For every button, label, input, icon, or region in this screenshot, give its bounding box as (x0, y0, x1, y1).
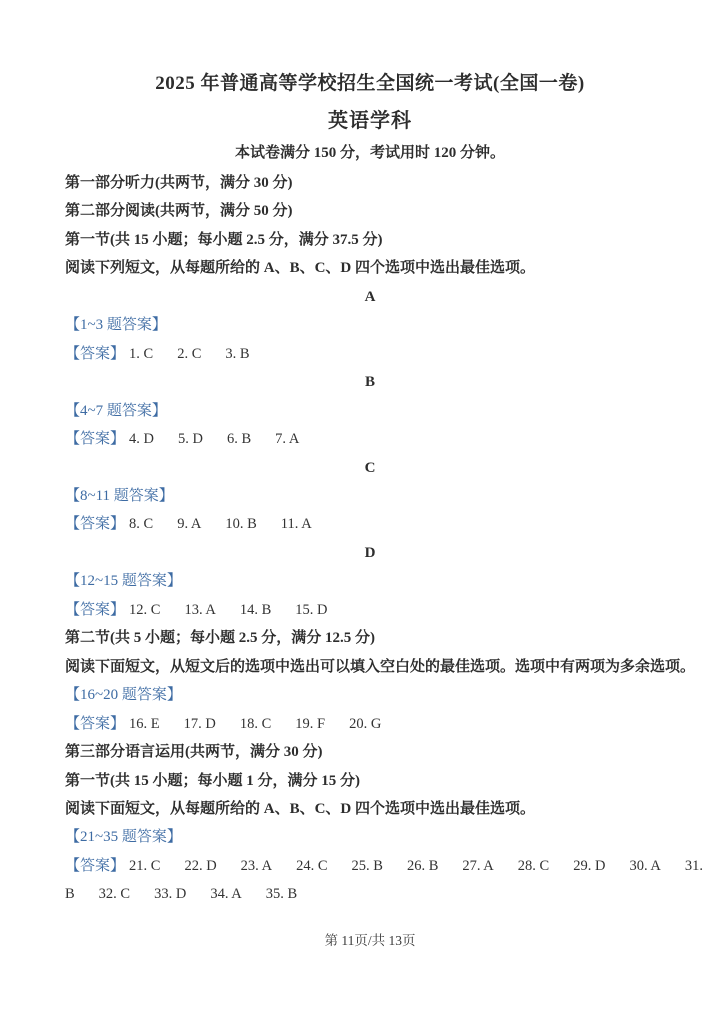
answer-items: 21. C22. D23. A24. C25. B26. B27. A28. C… (129, 858, 703, 874)
answer-item: 11. A (281, 516, 312, 532)
answer-label: 【答案】 (65, 346, 125, 362)
answer-item: 3. B (225, 346, 249, 362)
answer-item: 13. A (184, 602, 215, 618)
answer-items: 1. C2. C3. B (129, 346, 250, 362)
answer-item: 34. A (210, 886, 241, 902)
answer-item: 29. D (573, 858, 605, 874)
answer-item: 25. B (352, 858, 383, 874)
answer-row-16-20: 【答案】16. E17. D18. C19. F20. G (65, 710, 675, 738)
answer-item: 32. C (99, 886, 130, 902)
answer-item: 4. D (129, 431, 154, 447)
answer-header-8-11: 【8~11 题答案】 (65, 482, 675, 510)
answer-label: 【答案】 (65, 716, 125, 732)
section-part2-reading: 第二部分阅读(共两节，满分 50 分) (65, 197, 675, 225)
answer-row-4-7: 【答案】4. D5. D6. B7. A (65, 425, 675, 453)
section-part2-section1: 第一节(共 15 小题；每小题 2.5 分，满分 37.5 分) (65, 226, 675, 254)
answer-header-21-35: 【21~35 题答案】 (65, 823, 675, 851)
passage-label-c: C (65, 454, 675, 482)
section-part1-listening: 第一部分听力(共两节，满分 30 分) (65, 169, 675, 197)
exam-title: 2025 年普通高等学校招生全国统一考试(全国一卷) (65, 70, 675, 98)
exam-info: 本试卷满分 150 分，考试用时 120 分钟。 (65, 139, 675, 167)
answer-label: 【答案】 (65, 858, 125, 874)
answer-item: 18. C (240, 716, 271, 732)
answer-item: 10. B (225, 516, 256, 532)
answer-item: 35. B (266, 886, 297, 902)
answer-label: 【答案】 (65, 602, 125, 618)
answer-item: 23. A (241, 858, 272, 874)
passage-label-b: B (65, 368, 675, 396)
answer-item: B (65, 886, 75, 902)
answer-item: 24. C (296, 858, 327, 874)
answer-header-16-20: 【16~20 题答案】 (65, 681, 675, 709)
answer-row-12-15: 【答案】12. C13. A14. B15. D (65, 596, 675, 624)
answer-header-1-3: 【1~3 题答案】 (65, 311, 675, 339)
answer-item: 26. B (407, 858, 438, 874)
answer-item: 20. G (349, 716, 381, 732)
page-number-footer: 第 11页/共 13页 (65, 927, 675, 955)
answer-items: B32. C33. D34. A35. B (65, 886, 297, 902)
section-part2-section2: 第二节(共 5 小题；每小题 2.5 分，满分 12.5 分) (65, 624, 675, 652)
passage-label-d: D (65, 539, 675, 567)
answer-row-1-3: 【答案】1. C2. C3. B (65, 340, 675, 368)
answer-item: 21. C (129, 858, 160, 874)
answer-item: 30. A (629, 858, 660, 874)
passage-label-a: A (65, 283, 675, 311)
exam-subject: 英语学科 (65, 107, 675, 135)
answer-item: 15. D (295, 602, 327, 618)
answer-items: 16. E17. D18. C19. F20. G (129, 716, 381, 732)
answer-item: 9. A (177, 516, 201, 532)
answer-item: 7. A (275, 431, 299, 447)
section-part2-section2-instruction: 阅读下面短文，从短文后的选项中选出可以填入空白处的最佳选项。选项中有两项为多余选… (65, 653, 675, 681)
answer-item: 2. C (177, 346, 201, 362)
answer-header-12-15: 【12~15 题答案】 (65, 567, 675, 595)
answer-row-21-35-line1: 【答案】21. C22. D23. A24. C25. B26. B27. A2… (65, 852, 675, 880)
answer-header-4-7: 【4~7 题答案】 (65, 397, 675, 425)
answer-item: 12. C (129, 602, 160, 618)
answer-item: 8. C (129, 516, 153, 532)
answer-row-8-11: 【答案】8. C9. A10. B11. A (65, 510, 675, 538)
answer-items: 4. D5. D6. B7. A (129, 431, 299, 447)
answer-item: 28. C (518, 858, 549, 874)
section-part3-section1-instruction: 阅读下面短文，从每题所给的 A、B、C、D 四个选项中选出最佳选项。 (65, 795, 675, 823)
answer-item: 6. B (227, 431, 251, 447)
answer-item: 19. F (295, 716, 325, 732)
answer-item: 17. D (184, 716, 216, 732)
answer-items: 12. C13. A14. B15. D (129, 602, 328, 618)
answer-item: 1. C (129, 346, 153, 362)
answer-row-21-35-line2: B32. C33. D34. A35. B (65, 880, 675, 908)
document-page: 2025 年普通高等学校招生全国统一考试(全国一卷) 英语学科 本试卷满分 15… (0, 0, 727, 1024)
section-part2-section1-instruction: 阅读下列短文，从每题所给的 A、B、C、D 四个选项中选出最佳选项。 (65, 254, 675, 282)
answer-item: 16. E (129, 716, 160, 732)
section-part3-section1: 第一节(共 15 小题；每小题 1 分，满分 15 分) (65, 767, 675, 795)
answer-label: 【答案】 (65, 516, 125, 532)
answer-item: 5. D (178, 431, 203, 447)
answer-item: 33. D (154, 886, 186, 902)
section-part3-language: 第三部分语言运用(共两节，满分 30 分) (65, 738, 675, 766)
answer-item: 22. D (184, 858, 216, 874)
answer-label: 【答案】 (65, 431, 125, 447)
document-body: 第一部分听力(共两节，满分 30 分) 第二部分阅读(共两节，满分 50 分) … (65, 169, 675, 909)
answer-item: 27. A (462, 858, 493, 874)
answer-item: 14. B (240, 602, 271, 618)
answer-items: 8. C9. A10. B11. A (129, 516, 312, 532)
answer-item: 31. (685, 858, 703, 874)
